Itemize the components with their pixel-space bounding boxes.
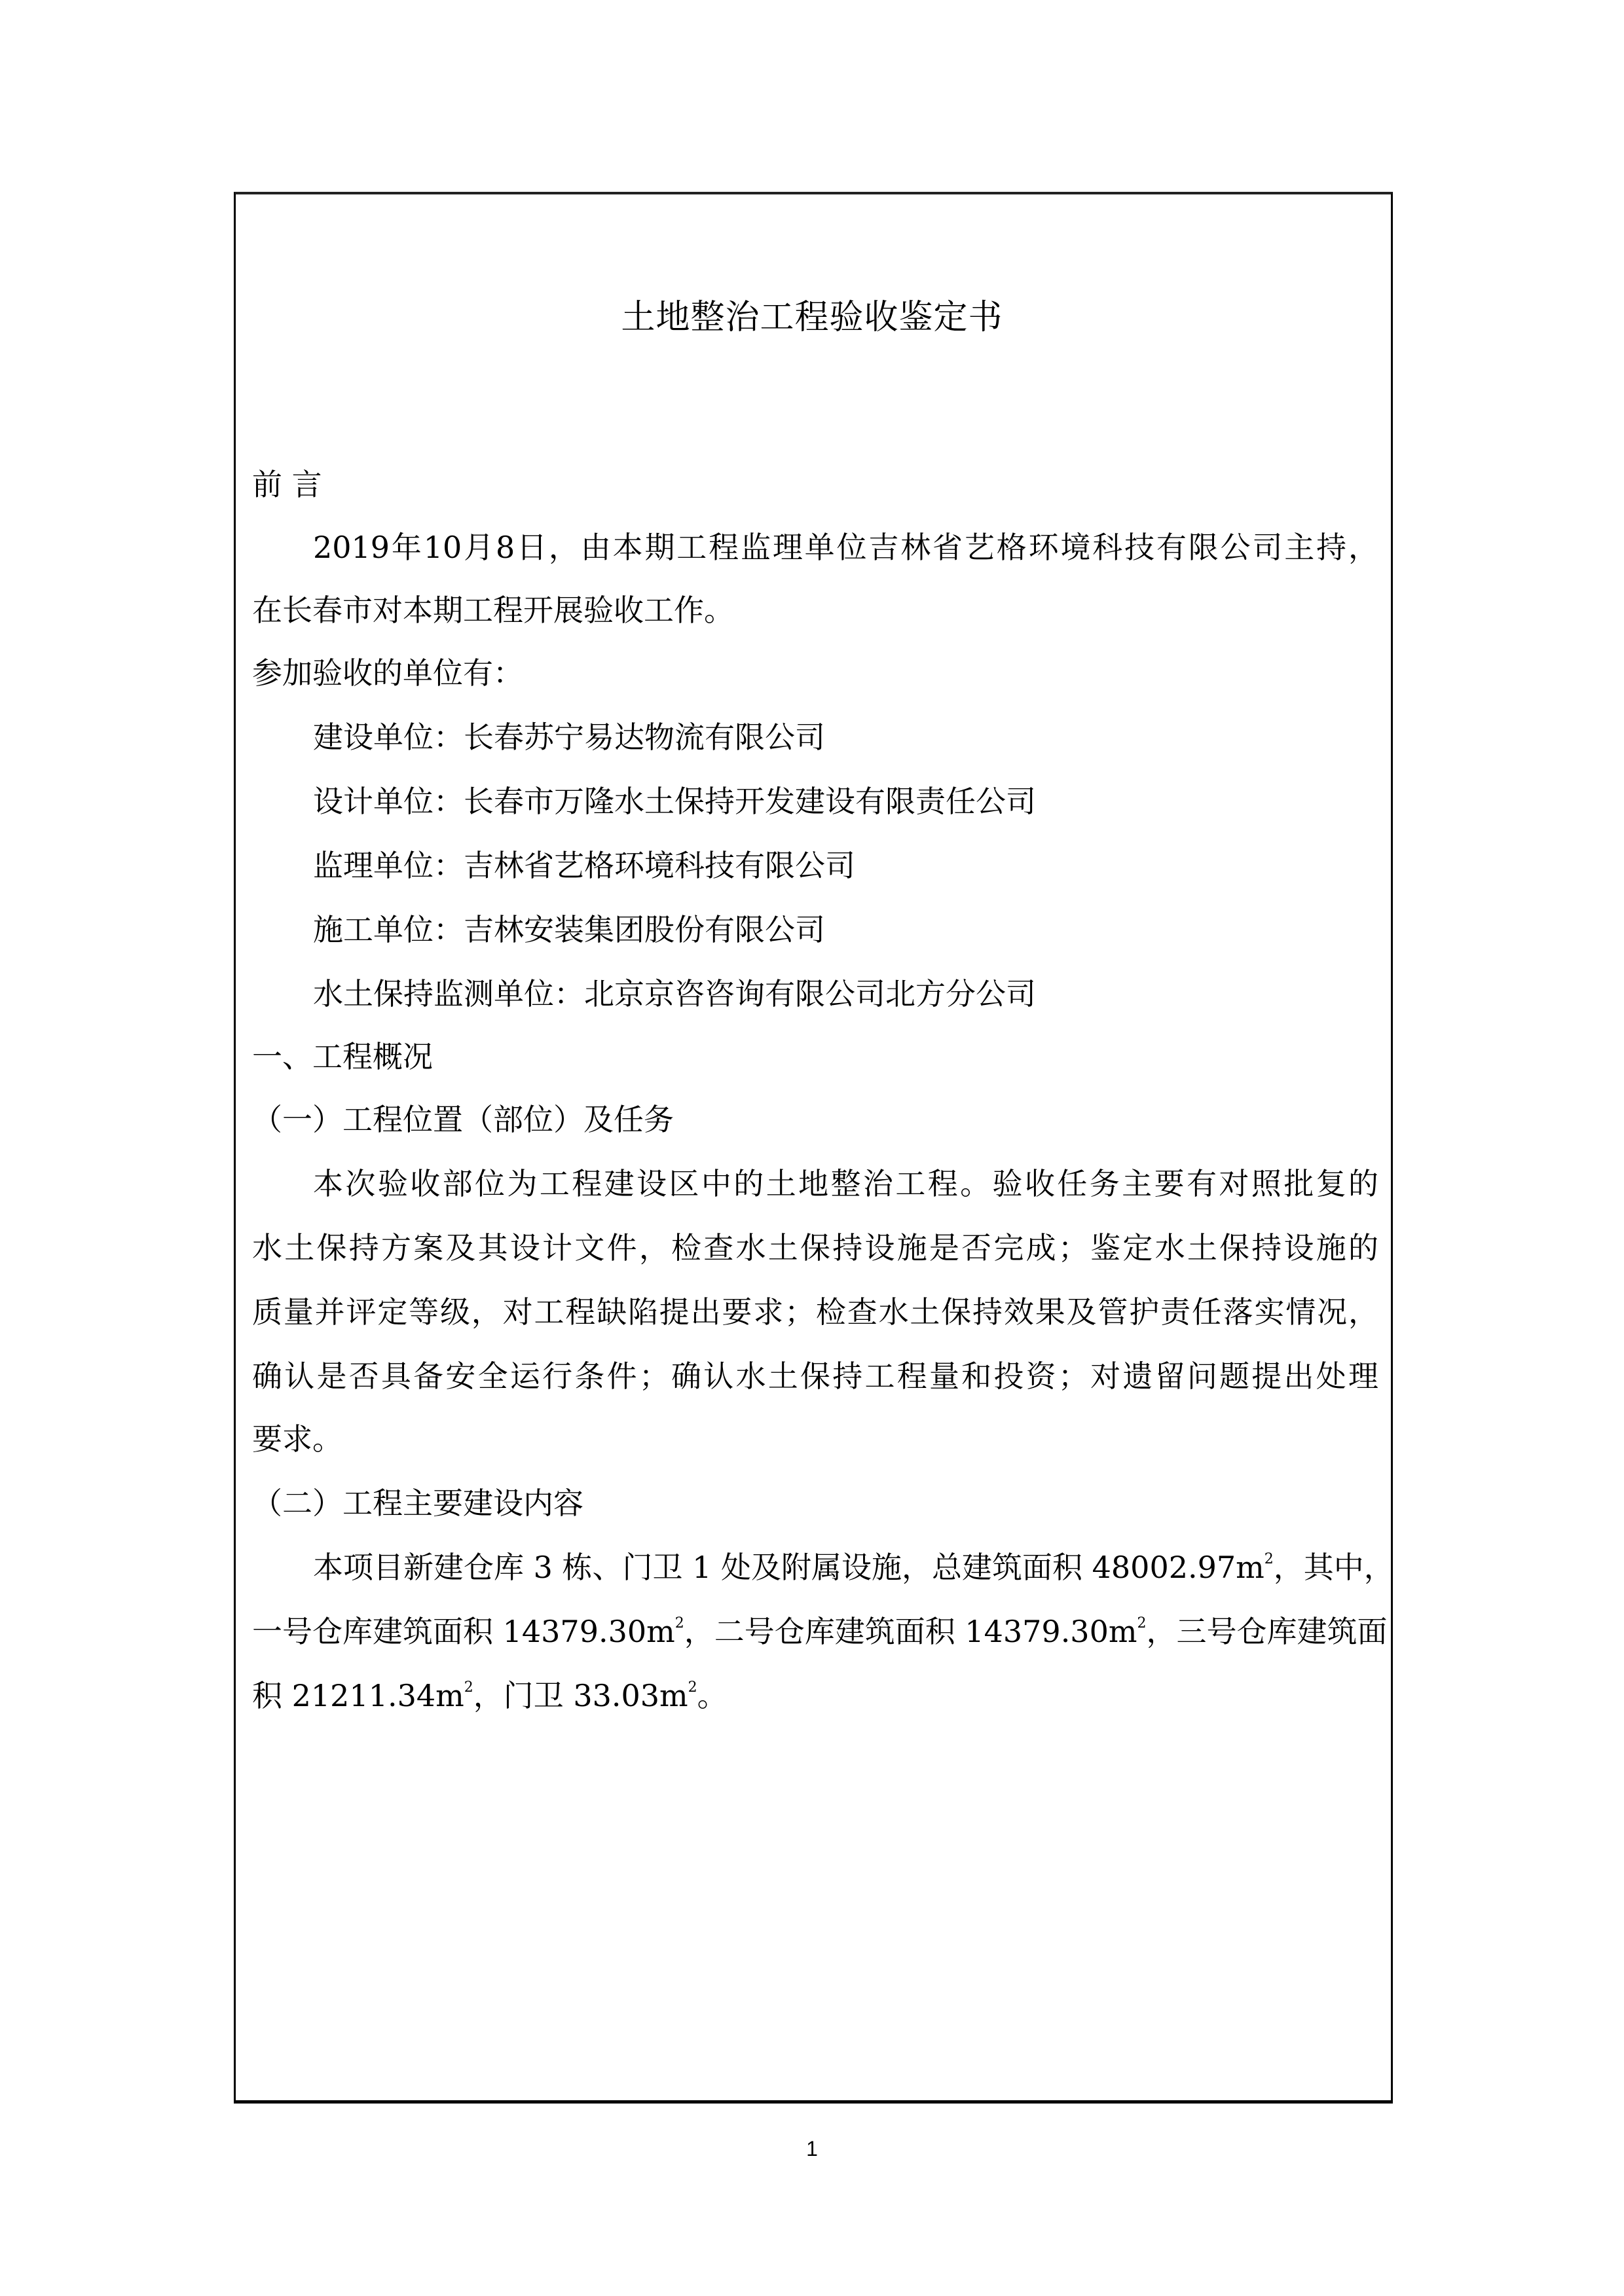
text-fragment: ，门卫 33.03m [473,1678,688,1713]
participant-role: 施工单位： [313,912,464,947]
participant-name: 长春苏宁易达物流有限公司 [464,720,825,755]
superscript: 2 [675,1615,684,1631]
superscript: 2 [1137,1615,1146,1631]
document-title: 土地整治工程验收鉴定书 [0,298,1624,337]
subsection-1-line: 确认是否具备安全运行条件；确认水土保持工程量和投资；对遗留问题提出处理 [252,1358,1378,1394]
text-fragment: 积 21211.34m [252,1678,464,1713]
subsection-2-line-1: 本项目新建仓库 3 栋、门卫 1 处及附属设施，总建筑面积 48002.97m2… [313,1549,1394,1586]
participant-role: 水土保持监测单位： [313,976,584,1011]
participants-label: 参加验收的单位有： [252,655,523,691]
text-fragment: ，三号仓库建筑面 [1146,1614,1387,1649]
superscript: 2 [688,1679,697,1696]
subsection-2-line-3: 积 21211.34m2，门卫 33.03m2。 [252,1677,728,1714]
subsection-2-line-2: 一号仓库建筑面积 14379.30m2，二号仓库建筑面积 14379.30m2，… [252,1613,1387,1650]
participant-name: 北京京咨咨询有限公司北方分公司 [584,976,1036,1011]
participant-design-unit: 设计单位：长春市万隆水土保持开发建设有限责任公司 [313,783,1036,820]
subsection-1-line: 质量并评定等级，对工程缺陷提出要求；检查水土保持效果及管护责任落实情况， [252,1294,1378,1330]
text-fragment: 本项目新建仓库 3 栋、门卫 1 处及附属设施，总建筑面积 48002.97m [313,1550,1264,1585]
preface-paragraph-line-2: 在长春市对本期工程开展验收工作。 [252,592,734,629]
text-fragment: 。 [697,1678,728,1713]
subsection-2-heading: （二）工程主要建设内容 [252,1485,583,1522]
participant-name: 吉林省艺格环境科技有限公司 [464,848,855,883]
subsection-1-line: 本次验收部位为工程建设区中的土地整治工程。验收任务主要有对照批复的 [313,1165,1378,1202]
superscript: 2 [1264,1551,1274,1567]
participant-supervision-unit: 监理单位：吉林省艺格环境科技有限公司 [313,847,855,884]
page-number: 1 [0,2136,1624,2162]
participant-role: 建设单位： [313,720,464,755]
text-fragment: 一号仓库建筑面积 14379.30m [252,1614,675,1649]
subsection-1-line: 水土保持方案及其设计文件，检查水土保持设施是否完成；鉴定水土保持设施的 [252,1230,1378,1266]
participant-name: 吉林安装集团股份有限公司 [464,912,825,947]
participant-name: 长春市万隆水土保持开发建设有限责任公司 [464,784,1036,819]
text-fragment: ，二号仓库建筑面积 14379.30m [684,1614,1137,1649]
section-1-heading: 一、工程概况 [252,1038,433,1075]
participant-contractor-unit: 施工单位：吉林安装集团股份有限公司 [313,911,825,948]
participant-construction-unit: 建设单位：长春苏宁易达物流有限公司 [313,719,825,756]
document-frame [234,192,1393,2104]
superscript: 2 [464,1679,473,1696]
preface-heading: 前 言 [252,466,322,503]
subsection-1-line: 要求。 [252,1421,342,1457]
preface-paragraph-line-1: 2019年10月8日，由本期工程监理单位吉林省艺格环境科技有限公司主持， [313,529,1378,566]
participant-role: 设计单位： [313,784,464,819]
subsection-1-heading: （一）工程位置（部位）及任务 [252,1101,674,1138]
text-fragment: ，其中， [1274,1550,1394,1585]
participant-monitoring-unit: 水土保持监测单位：北京京咨咨询有限公司北方分公司 [313,975,1036,1012]
participant-role: 监理单位： [313,848,464,883]
